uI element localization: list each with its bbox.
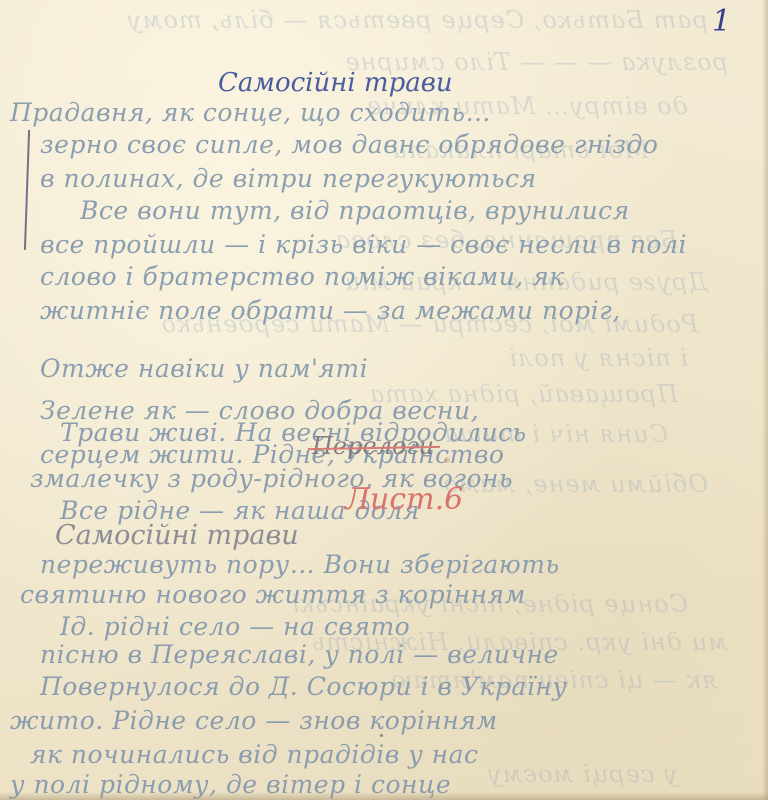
- bleed-line: рат Батько, Серце рветься — біль, тому: [127, 6, 708, 34]
- handwriting-line: жито. Рідне село — знов корінням: [10, 706, 498, 735]
- crossed-out-word: Перелоги: [312, 432, 434, 460]
- handwriting-line: зерно своє сипле, мов давнє обрядове гні…: [40, 130, 658, 159]
- page-title: Самосійні трави: [218, 68, 453, 98]
- handwriting-line: пісню в Переяславі, у полі — величне: [40, 640, 559, 669]
- paper-edge-shadow: [762, 0, 768, 800]
- margin-pen-mark: [24, 130, 30, 250]
- red-pencil-annotation: Лист.6: [345, 482, 463, 517]
- handwriting-line: святиню нового життя з корінням: [20, 580, 526, 609]
- handwriting-line: Прадавня, як сонце, що сходить…: [10, 98, 491, 127]
- handwriting-line: Повернулося до Д. Сосюри і в Україну: [40, 672, 567, 701]
- bleed-line: у серці моєму: [487, 760, 678, 788]
- paper-edge-shadow: [0, 792, 768, 800]
- manuscript-page: рат Батько, Серце рветься — біль, тому р…: [0, 0, 768, 800]
- pencil-margin-note: Самосійні трави: [55, 520, 299, 551]
- handwriting-line: як починались від прадідів у нас: [30, 740, 479, 769]
- handwriting-line: все пройшли — і крізь віки — своє несли …: [40, 230, 687, 259]
- handwriting-line: Все вони тут, від праотців, врунилися: [80, 196, 630, 225]
- handwriting-line: Отже навіки у пам'яті: [40, 354, 368, 383]
- handwriting-line: переживуть пору… Вони зберігають: [40, 550, 560, 579]
- paper-stain: [380, 734, 383, 737]
- bleed-line: і пісня у полі: [508, 344, 688, 372]
- handwriting-line: в полинах, де вітри перегукуються: [40, 164, 537, 193]
- handwriting-line: слово і братерство поміж віками, як: [40, 262, 565, 291]
- handwriting-line: Ід. рідні село — на свято: [60, 612, 410, 641]
- handwriting-line: житніє поле обрати — за межами поріг,: [40, 296, 621, 325]
- paper-stain: [444, 457, 450, 463]
- page-number: 1: [712, 4, 731, 39]
